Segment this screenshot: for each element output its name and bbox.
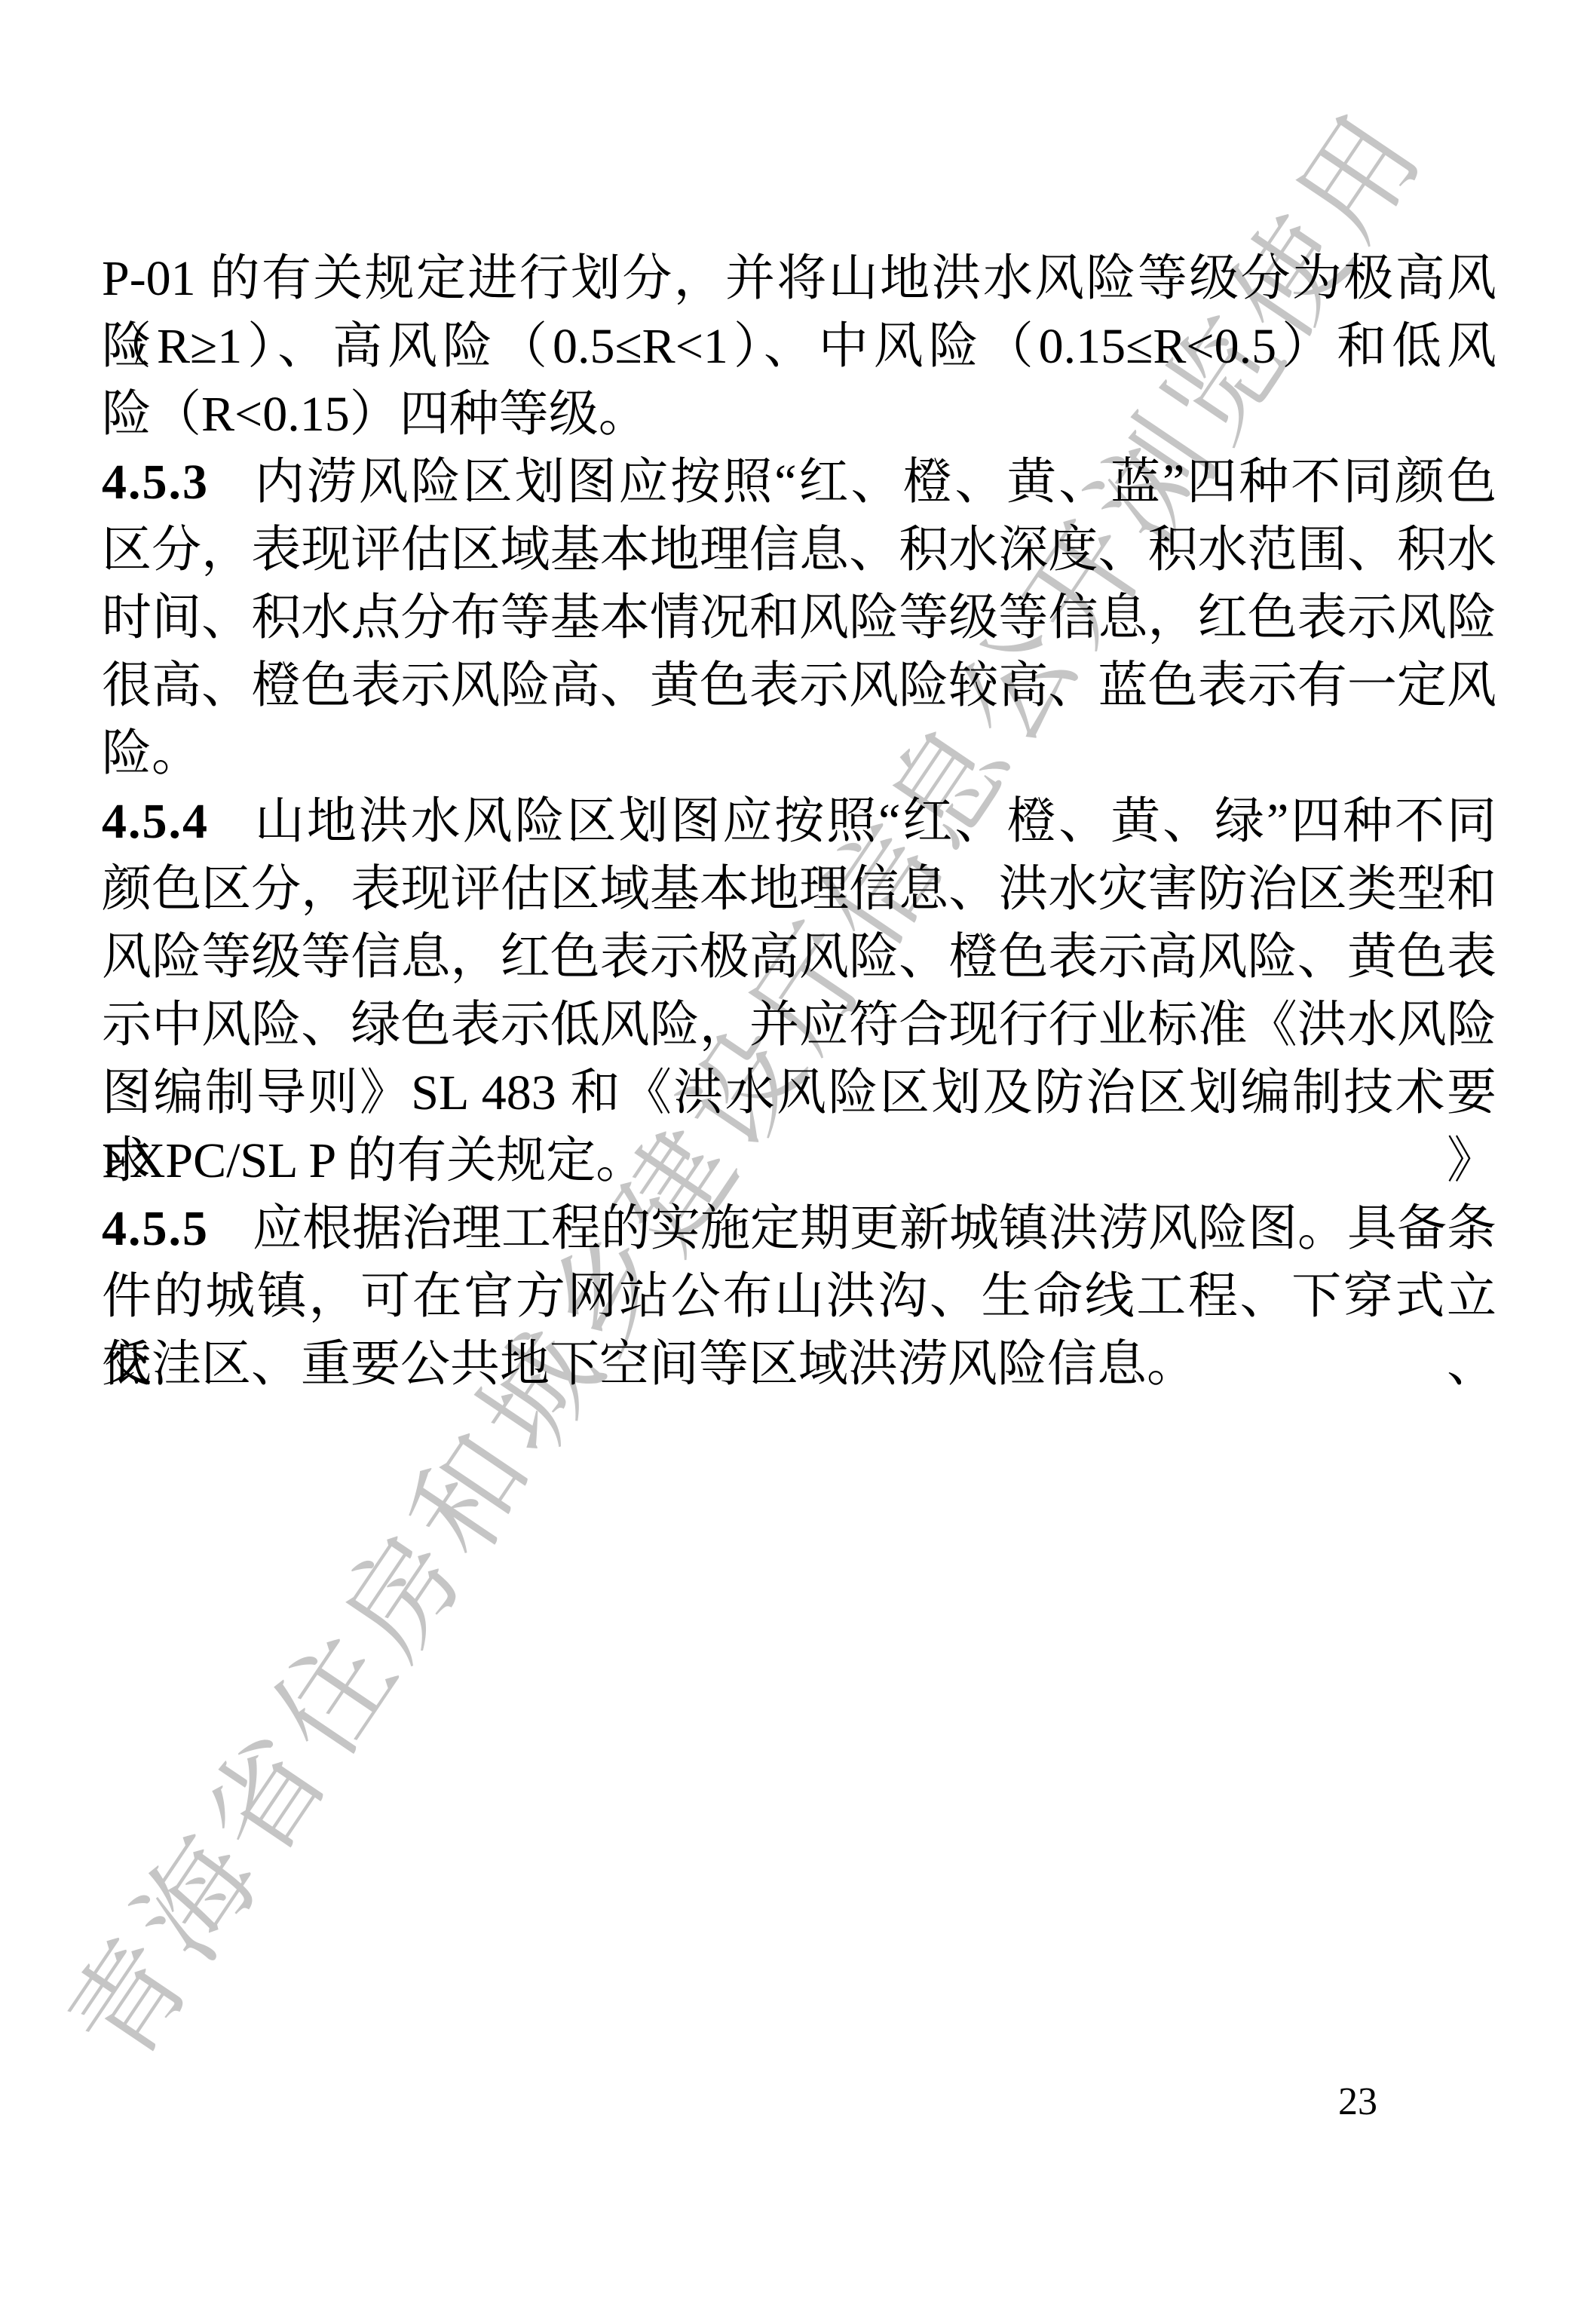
text-line: 4.5.3内涝风险区划图应按照“红、橙、黄、蓝”四种不同颜色	[102, 449, 1496, 516]
line-text: 颜色区分，表现评估区域基本地理信息、洪水灾害防治区类型和	[102, 862, 1496, 917]
document-page: 青海省住房和城乡建设厅信息公开浏览使用 P-01 的有关规定进行划分，并将山地洪…	[0, 0, 1596, 2314]
line-text: 示中风险、绿色表示低风险，并应符合现行行业标准《洪水风险	[102, 998, 1496, 1053]
text-line: 4.5.4山地洪水风险区划图应按照“红、橙、黄、绿”四种不同	[102, 788, 1496, 856]
line-text: 险。	[102, 726, 201, 781]
text-line: 风险等级等信息，红色表示极高风险、橙色表示高风险、黄色表	[102, 924, 1496, 991]
text-line: 件的城镇，可在官方网站公布山洪沟、生命线工程、下穿式立交、	[102, 1263, 1496, 1331]
line-text: 时间、积水点分布等基本情况和风险等级等信息，红色表示风险	[102, 590, 1496, 645]
text-line: 时间、积水点分布等基本情况和风险等级等信息，红色表示风险	[102, 584, 1496, 652]
line-text: 险（R<0.15）四种等级。	[102, 387, 648, 442]
text-line: （R≥1）、高风险（0.5≤R<1）、中风险（0.15≤R<0.5）和低风	[102, 313, 1496, 381]
section-number: 4.5.5	[102, 1201, 209, 1256]
line-text: （R≥1）、高风险（0.5≤R<1）、中风险（0.15≤R<0.5）和低风	[102, 319, 1496, 374]
line-text: 山地洪水风险区划图应按照“红、橙、黄、绿”四种不同	[253, 794, 1496, 849]
text-line: 区分，表现评估区域基本地理信息、积水深度、积水范围、积水	[102, 516, 1496, 584]
text-line: 颜色区分，表现评估区域基本地理信息、洪水灾害防治区类型和	[102, 856, 1496, 924]
line-text: 风险等级等信息，红色表示极高风险、橙色表示高风险、黄色表	[102, 930, 1496, 985]
text-line: 险（R<0.15）四种等级。	[102, 381, 1496, 449]
section-number: 4.5.4	[102, 794, 209, 849]
document-body: P-01 的有关规定进行划分，并将山地洪水风险等级分为极高风险（R≥1）、高风险…	[102, 245, 1496, 1399]
text-line: 很高、橙色表示风险高、黄色表示风险较高、蓝色表示有一定风	[102, 652, 1496, 720]
text-line: 图编制导则》SL 483 和《洪水风险区划及防治区划编制技术要求》	[102, 1059, 1496, 1127]
text-line: 4.5.5应根据治理工程的实施定期更新城镇洪涝风险图。具备条	[102, 1195, 1496, 1263]
line-text: 区分，表现评估区域基本地理信息、积水深度、积水范围、积水	[102, 523, 1496, 578]
text-line: 险。	[102, 720, 1496, 788]
line-text: FXPC/SL P 的有关规定。	[102, 1133, 645, 1188]
line-text: 低洼区、重要公共地下空间等区域洪涝风险信息。	[102, 1337, 1196, 1392]
line-text: 很高、橙色表示风险高、黄色表示风险较高、蓝色表示有一定风	[102, 658, 1496, 713]
text-line: 示中风险、绿色表示低风险，并应符合现行行业标准《洪水风险	[102, 991, 1496, 1059]
page-number: 23	[1338, 2080, 1377, 2125]
line-text: 内涝风险区划图应按照“红、橙、黄、蓝”四种不同颜色	[253, 455, 1496, 510]
section-number: 4.5.3	[102, 455, 209, 510]
text-line: P-01 的有关规定进行划分，并将山地洪水风险等级分为极高风险	[102, 245, 1496, 313]
line-text: 应根据治理工程的实施定期更新城镇洪涝风险图。具备条	[253, 1201, 1496, 1256]
